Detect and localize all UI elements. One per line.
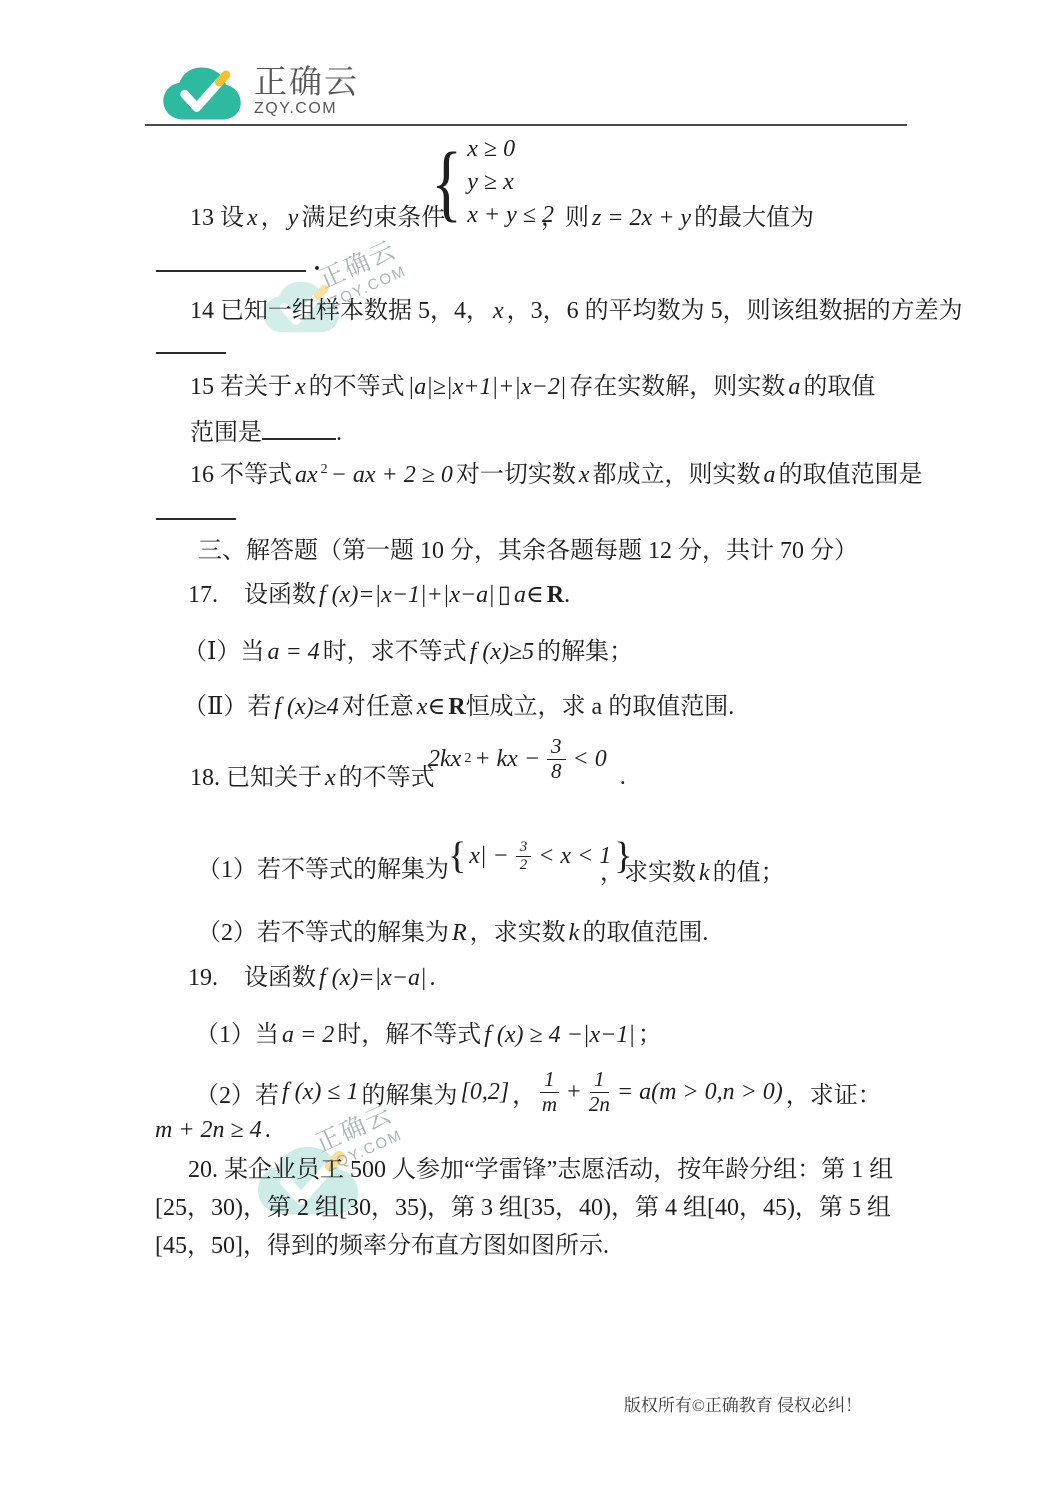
text: 16 不等式 — [190, 462, 292, 488]
period: . — [620, 764, 626, 791]
header-divider — [145, 124, 907, 126]
problem-number: 19. — [188, 965, 218, 991]
text: 的值； — [713, 860, 785, 886]
fraction-denominator: m — [542, 1093, 557, 1116]
math-expr: f (x)≥5 — [470, 639, 534, 665]
math-var: a — [764, 462, 776, 488]
section-3-heading: 三、解答题（第一题 10 分，其余各题每题 12 分，共计 70 分） — [198, 536, 858, 566]
math-var: k — [699, 860, 710, 886]
text: 设函数 — [244, 965, 316, 991]
math-expr: < 0 — [573, 746, 607, 773]
text: 若不等式的解集为 — [257, 857, 449, 883]
brand-text-block: 正确云 ZQY.COM — [254, 65, 359, 117]
text: ，求实数 — [470, 920, 566, 946]
set-R: R — [547, 582, 564, 608]
text: 的取值 — [803, 374, 875, 400]
problem-17-head: 17.设函数f (x)=|x−1|+|x−a|▯a∈R. — [188, 580, 570, 610]
math-expr: f (x)=|x−1|+|x−a| — [319, 582, 495, 608]
text: 的不等式 — [339, 765, 435, 791]
text: 都成立，则实数 — [593, 462, 761, 488]
problem-16: 16 不等式ax2− ax + 2 ≥ 0对一切实数x都成立，则实数a的取值范围… — [190, 460, 923, 490]
problem-19-part2: （2）若f (x) ≤ 1的解集为[0,2]， 1m + 12n = a(m >… — [195, 1063, 882, 1121]
text: ， — [261, 205, 285, 231]
problem-18-part1-tail: ，求实数k的值； — [600, 858, 785, 888]
text: 满足约束条件 — [301, 205, 445, 231]
part-label: （Ⅰ） — [183, 639, 240, 665]
math-expr: f (x) ≤ 1 — [282, 1079, 358, 1106]
set-R: R — [448, 694, 465, 720]
period: . — [430, 965, 436, 991]
answer-blank-16 — [156, 518, 236, 520]
problem-18-part1-lead: （1）若不等式的解集为 — [197, 855, 449, 885]
math-expr: − ax + 2 ≥ 0 — [331, 462, 453, 488]
math-expr: a = 4 — [267, 639, 319, 665]
math-expr: x∈ — [417, 694, 445, 720]
answer-blank-14 — [156, 352, 226, 354]
fraction-denominator: 2n — [589, 1093, 610, 1116]
math-expr: f (x) ≥ 4 −|x−1| — [484, 1022, 635, 1048]
math-expr: 2kx — [428, 746, 461, 773]
math-operator: + — [566, 1079, 582, 1106]
text: 若 — [255, 1075, 279, 1110]
superscript: 2 — [321, 462, 328, 477]
problem-20-line1: 20. 某企业员工 500 人参加“学雷锋”志愿活动，按年龄分组：第 1 组 — [188, 1155, 893, 1185]
text: 当 — [240, 639, 264, 665]
problem-20-line3: [45，50]，得到的频率分布直方图如图所示. — [155, 1231, 609, 1261]
math-var: x — [325, 765, 336, 791]
problem-17-part2: （Ⅱ）若f (x)≥4对任意x∈R恒成立，求 a 的取值范围. — [183, 692, 734, 722]
math-expr: = a(m > 0,n > 0) — [617, 1079, 783, 1106]
text: 恒成立，求 a 的取值范围. — [466, 694, 735, 720]
text: 当 — [255, 1022, 279, 1048]
problem-18-part2: （2）若不等式的解集为R，求实数k的取值范围. — [197, 918, 708, 948]
text: ； — [638, 1022, 662, 1048]
part-label: （1） — [195, 1022, 255, 1048]
math-expr: z = 2x + y — [592, 205, 691, 231]
fraction-denominator: 8 — [551, 760, 562, 783]
part-label: （Ⅱ） — [183, 694, 247, 720]
text: 的取值范围是 — [779, 462, 923, 488]
math-var: a — [788, 374, 800, 400]
cloud-check-icon — [162, 62, 242, 121]
math-expr: m + 2n ≥ 4 — [155, 1117, 262, 1143]
math-var: x — [493, 298, 504, 324]
text: ， — [600, 860, 624, 886]
period: . — [336, 420, 342, 446]
part-label: （2） — [195, 1075, 255, 1110]
text: 设函数 — [244, 582, 316, 608]
fraction: 32 — [516, 839, 532, 873]
text: ， — [512, 1075, 536, 1110]
text: 的最大值为 — [694, 205, 814, 231]
math-var: k — [569, 920, 580, 946]
text: ，3，6 的平均数为 5，则该组数据的方差为 — [507, 298, 963, 324]
text: 对任意 — [342, 694, 414, 720]
text: 时，解不等式 — [337, 1022, 481, 1048]
problem-20-line2: [25，30)，第 2 组[30，35)，第 3 组[35，40)，第 4 组[… — [155, 1193, 891, 1223]
problem-18-formula: 2kx2+ kx − 38 < 0 . — [425, 727, 626, 791]
text: 存在实数解，则实数 — [569, 374, 785, 400]
text: 的取值范围. — [582, 920, 708, 946]
problem-18-lead: 18. 已知关于x的不等式 — [190, 763, 435, 793]
fraction: 38 — [547, 735, 566, 782]
text: 13 设 — [190, 205, 244, 231]
problem-number: 17. — [188, 582, 218, 608]
math-expr: f (x)≥4 — [274, 694, 338, 720]
math-var: x — [579, 462, 590, 488]
math-expr: x| − — [469, 843, 508, 870]
fraction-denominator: 2 — [520, 857, 528, 874]
problem-14: 14 已知一组样本数据 5，4，x，3，6 的平均数为 5，则该组数据的方差为 — [190, 296, 963, 326]
math-expr: ax — [295, 462, 318, 488]
math-expr: f (x)=|x−a| — [319, 965, 427, 991]
period: . — [265, 1117, 271, 1143]
problem-13-lead: 13 设x，y满足约束条件 — [190, 203, 445, 233]
text: 15 若关于 — [190, 374, 292, 400]
text: 求实数 — [624, 860, 696, 886]
problem-19-head: 19.设函数f (x)=|x−a|. — [188, 963, 436, 993]
math-expr: + kx − — [474, 746, 540, 773]
text: 范围是 — [190, 420, 262, 446]
math-expr: |a|≥|x+1|+|x−2| — [408, 374, 567, 400]
math-expr: a∈ — [514, 582, 544, 608]
brand-domain: ZQY.COM — [254, 100, 359, 118]
zqy-logo: 正确云 ZQY.COM — [162, 62, 359, 121]
math-var: y — [288, 205, 299, 231]
text: 14 已知一组样本数据 5，4， — [190, 298, 490, 324]
part-label: （2） — [197, 920, 257, 946]
left-brace-glyph: { — [448, 837, 466, 875]
text: 的解集为 — [361, 1075, 457, 1110]
superscript: 2 — [464, 751, 471, 767]
problem-15-line1: 15 若关于x的不等式|a|≥|x+1|+|x−2|存在实数解，则实数a的取值 — [190, 372, 875, 402]
math-expr: [0,2] — [460, 1079, 509, 1106]
box-glyph: ▯ — [498, 582, 511, 608]
fraction-numerator: 3 — [547, 735, 566, 759]
text: 对一切实数 — [456, 462, 576, 488]
fraction: 12n — [589, 1068, 610, 1115]
period: . — [314, 248, 320, 278]
text: 若 — [247, 694, 271, 720]
problem-17-part1: （Ⅰ）当a = 4时，求不等式f (x)≥5的解集； — [183, 637, 633, 667]
text: ，求证： — [786, 1075, 882, 1110]
set-R: R — [452, 920, 467, 946]
problem-13-tail: ，则z = 2x + y的最大值为 — [541, 203, 814, 233]
exam-page: 正确云 ZQY.COM 正确云 ZQY.COM 正确云 ZQY.COM { x … — [0, 0, 1058, 1497]
period: . — [564, 582, 570, 608]
fraction-numerator: 1 — [540, 1068, 559, 1092]
problem-19-conclusion: m + 2n ≥ 4. — [155, 1115, 271, 1145]
text: 的不等式 — [309, 374, 405, 400]
text: 时，求不等式 — [323, 639, 467, 665]
math-var: x — [247, 205, 258, 231]
brand-name: 正确云 — [254, 65, 359, 100]
fraction-numerator: 3 — [516, 839, 532, 857]
copyright-notice: 版权所有©正确教育 侵权必纠！ — [624, 1391, 862, 1416]
text: ，则 — [541, 205, 589, 231]
fraction: 1m — [540, 1068, 559, 1115]
constraint-1: x ≥ 0 — [467, 133, 554, 166]
text: 18. 已知关于 — [190, 765, 322, 791]
fraction-numerator: 1 — [590, 1068, 609, 1092]
math-var: x — [295, 374, 306, 400]
problem-19-part1: （1）当a = 2时，解不等式f (x) ≥ 4 −|x−1|； — [195, 1020, 662, 1050]
answer-blank-13 — [156, 270, 306, 272]
math-expr: a = 2 — [282, 1022, 334, 1048]
constraint-2: y ≥ x — [467, 166, 554, 199]
text: 若不等式的解集为 — [257, 920, 449, 946]
text: 的解集； — [537, 639, 633, 665]
part-label: （1） — [197, 857, 257, 883]
problem-15-line2: 范围是. — [190, 416, 342, 448]
answer-blank-15 — [262, 416, 336, 440]
